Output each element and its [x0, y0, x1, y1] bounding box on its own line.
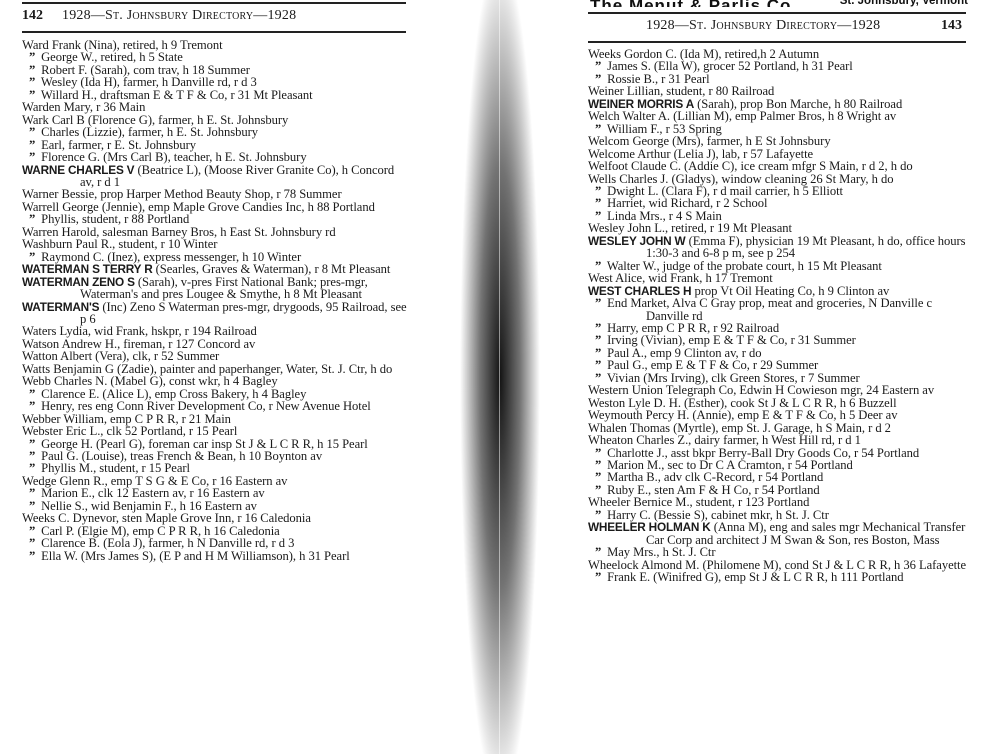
ditto-mark: ”	[595, 471, 604, 483]
entry-text: Frank E. (Winifred G), emp St J & L C R …	[607, 570, 903, 584]
header-rule-top	[588, 12, 966, 14]
directory-entry: WARNE CHARLES V (Beatrice L), (Moose Riv…	[22, 164, 408, 189]
directory-entry: ” Frank E. (Winifred G), emp St J & L C …	[588, 571, 970, 583]
ditto-mark: ”	[29, 487, 38, 499]
ditto-mark: ”	[29, 76, 38, 88]
entry-text: End Market, Alva C Gray prop, meat and g…	[607, 296, 932, 322]
ditto-mark: ”	[29, 126, 38, 138]
advertiser-location: St. Johnsbury, Vermont	[840, 0, 968, 7]
running-title: 1928—St. Johnsbury Directory—1928	[646, 18, 880, 34]
directory-entry: WESLEY JOHN W (Emma F), physician 19 Mt …	[588, 235, 970, 260]
page-number: 142	[22, 8, 43, 24]
ditto-mark: ”	[595, 571, 604, 583]
directory-entry: ” End Market, Alva C Gray prop, meat and…	[588, 297, 970, 322]
book-gutter-shadow	[430, 0, 570, 754]
ditto-mark: ”	[29, 550, 38, 562]
header-rule-bottom	[22, 31, 406, 33]
ditto-mark: ”	[29, 537, 38, 549]
header-rule-bottom	[588, 41, 966, 43]
entry-text: (Emma F), physician 19 Mt Pleasant, h do…	[646, 234, 965, 260]
ditto-mark: ”	[595, 334, 604, 346]
page-number: 143	[941, 18, 962, 34]
running-title: 1928—St. Johnsbury Directory—1928	[62, 8, 296, 24]
directory-entry: ” Ella W. (Mrs James S), (E P and H M Wi…	[22, 550, 408, 562]
advertisement-banner: The Menut & Parlis Co. St. Johnsbury, Ve…	[590, 0, 970, 7]
page-fold	[499, 0, 500, 754]
page-header: 1928—St. Johnsbury Directory—1928 143	[588, 18, 970, 36]
directory-entry-list: Weeks Gordon C. (Ida M), retired,h 2 Aut…	[588, 48, 970, 583]
directory-entry: WATERMAN'S (Inc) Zeno S Waterman pres-mg…	[22, 301, 408, 326]
ditto-mark: ”	[595, 359, 604, 371]
directory-entry-list: Ward Frank (Nina), retired, h 9 Tremont”…	[22, 39, 408, 562]
advertiser-name: The Menut & Parlis Co.	[590, 0, 797, 7]
header-rule-top	[22, 2, 406, 4]
entry-text: (Inc) Zeno S Waterman pres-mgr, drygoods…	[80, 300, 407, 326]
page-header: 142 1928—St. Johnsbury Directory—1928	[22, 8, 408, 26]
directory-entry: WATERMAN ZENO S (Sarah), v-pres First Na…	[22, 276, 408, 301]
ditto-mark: ”	[595, 297, 604, 309]
directory-entry: WHEELER HOLMAN K (Anna M), eng and sales…	[588, 521, 970, 546]
entry-text: Ella W. (Mrs James S), (E P and H M Will…	[41, 549, 350, 563]
